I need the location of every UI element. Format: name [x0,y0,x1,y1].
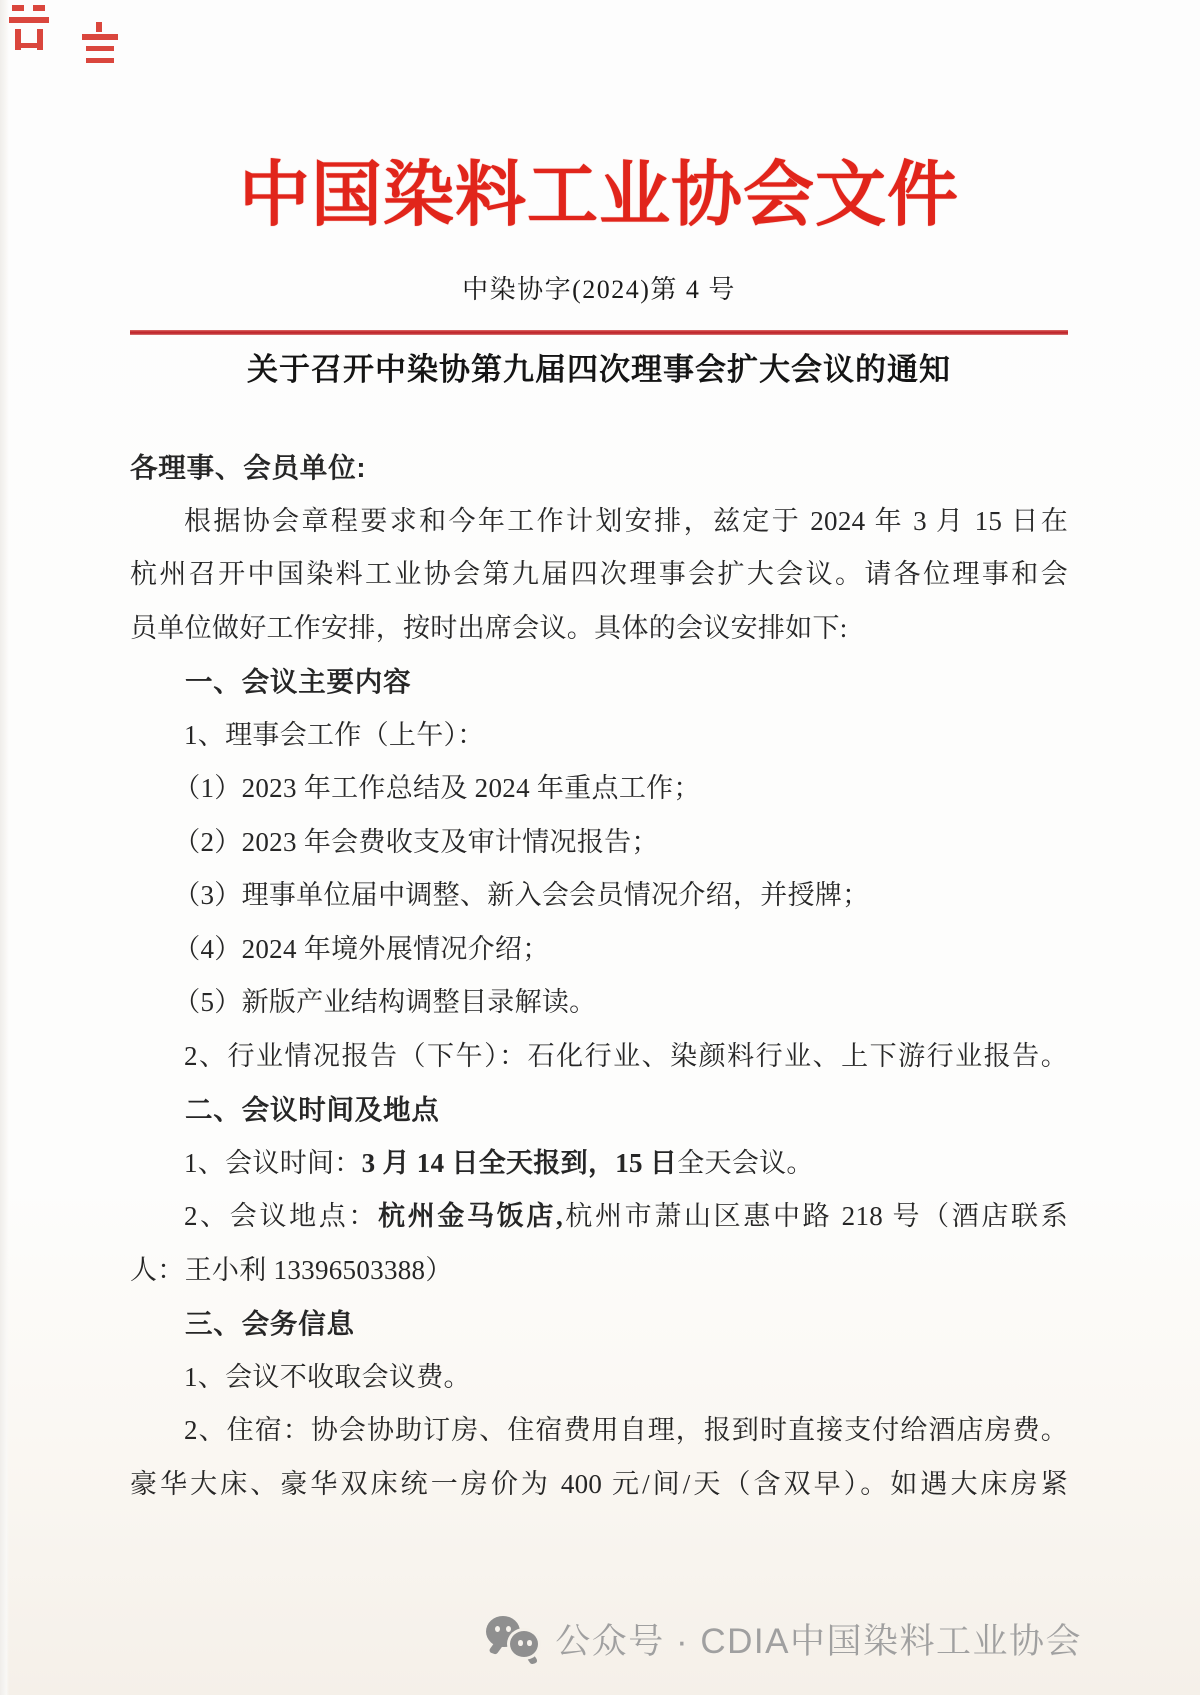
document-page: 中国染料工业协会文件 中染协字(2024)第 4 号 关于召开中染协第九届四次理… [0,0,1200,1695]
footer-account-name: 公众号 · CDIA中国染料工业协会 [555,1614,1082,1664]
body-line: 三、会务信息 [130,1297,1068,1351]
body-line: 2、行业情况报告（下午）：石化行业、染颜料行业、上下游行业报告。 [130,1030,1068,1084]
body-text: （3）理事单位届中调整、新入会会员情况介绍，并授牌； [173,880,869,910]
body-bold-text: 三、会务信息 [185,1308,355,1339]
body-bold-text: 杭州金马饭店, [378,1201,563,1231]
body-line: （4）2024 年境外展情况介绍； [130,923,1068,977]
body-text: （2）2023 年会费收支及审计情况报告； [173,827,659,857]
footer-watermark: 公众号 · CDIA中国染料工业协会 [486,1610,1082,1668]
body-line: 根据协会章程要求和今年工作计划安排，兹定于 2024 年 3 月 15 日在 [130,495,1068,549]
body-text: 2、行业情况报告（下午）：石化行业、染颜料行业、上下游行业报告。 [184,1041,1068,1071]
body-line: 2、住宿：协会协助订房、住宿费用自理，报到时直接支付给酒店房费。 [130,1404,1068,1458]
body-line: 员单位做好工作安排，按时出席会议。具体的会议安排如下: [130,602,1068,656]
letterhead-red-rule [130,330,1068,335]
body-text: 1、会议时间： [184,1148,362,1178]
body-line: 2、会议地点：杭州金马饭店,杭州市萧山区惠中路 218 号（酒店联系 [130,1190,1068,1244]
body-text: 2、住宿：协会协助订房、住宿费用自理，报到时直接支付给酒店房费。 [184,1415,1068,1445]
wechat-bubble-small [510,1631,538,1657]
body-line: 1、理事会工作（上午）： [130,709,1068,763]
body-line: 人：王小利 13396503388） [130,1244,1068,1298]
body-bold-text: 一、会议主要内容 [185,666,411,697]
body-text: 杭州召开中国染料工业协会第九届四次理事会扩大会议。请各位理事和会 [130,559,1068,589]
body-text: 人：王小利 13396503388） [130,1255,453,1285]
body-text: 全天会议。 [677,1148,814,1178]
wechat-icon [486,1614,540,1664]
body-text: （1）2023 年工作总结及 2024 年重点工作； [173,773,701,803]
body-text: 2、会议地点： [184,1201,378,1231]
body-line: （2）2023 年会费收支及审计情况报告； [130,816,1068,870]
body-line: 一、会议主要内容 [130,655,1068,709]
body-line: 二、会议时间及地点 [130,1083,1068,1137]
body-lines: 各理事、会员单位:根据协会章程要求和今年工作计划安排，兹定于 2024 年 3 … [130,441,1068,1511]
body-bold-text: 二、会议时间及地点 [185,1094,440,1125]
body-line: （5）新版产业结构调整目录解读。 [130,976,1068,1030]
body-text: 根据协会章程要求和今年工作计划安排，兹定于 2024 年 3 月 15 日在 [184,506,1068,536]
body-text: （4）2024 年境外展情况介绍； [173,934,549,964]
scan-edge-shade [0,0,9,1695]
red-corner-fragment-icon [82,22,120,64]
body-bold-text: 各理事、会员单位: [130,452,366,483]
body-text: 豪华大床、豪华双床统一房价为 400 元/间/天（含双早）。如遇大床房紧 [130,1469,1068,1499]
body-text: 1、会议不收取会议费。 [184,1362,471,1392]
body-line: 杭州召开中国染料工业协会第九届四次理事会扩大会议。请各位理事和会 [130,548,1068,602]
document-number: 中染协字(2024)第 4 号 [130,272,1068,308]
red-corner-fragment-icon [9,3,51,50]
body-text: 杭州市萧山区惠中路 218 号（酒店联系 [563,1201,1068,1231]
body-text: 员单位做好工作安排，按时出席会议。具体的会议安排如下: [130,613,848,643]
body-text: （5）新版产业结构调整目录解读。 [173,987,596,1017]
body-line: （1）2023 年工作总结及 2024 年重点工作； [130,762,1068,816]
body-line: 1、会议时间：3 月 14 日全天报到，15 日全天会议。 [130,1137,1068,1191]
body-line: （3）理事单位届中调整、新入会会员情况介绍，并授牌； [130,869,1068,923]
body-text: 1、理事会工作（上午）： [184,720,485,750]
body-line: 1、会议不收取会议费。 [130,1351,1068,1405]
body-bold-text: 3 月 14 日全天报到，15 日 [362,1148,678,1178]
notice-title: 关于召开中染协第九届四次理事会扩大会议的通知 [130,349,1068,391]
letterhead-title: 中国染料工业协会文件 [130,152,1068,240]
body-line: 各理事、会员单位: [130,441,1068,495]
body-line: 豪华大床、豪华双床统一房价为 400 元/间/天（含双早）。如遇大床房紧 [130,1458,1068,1512]
